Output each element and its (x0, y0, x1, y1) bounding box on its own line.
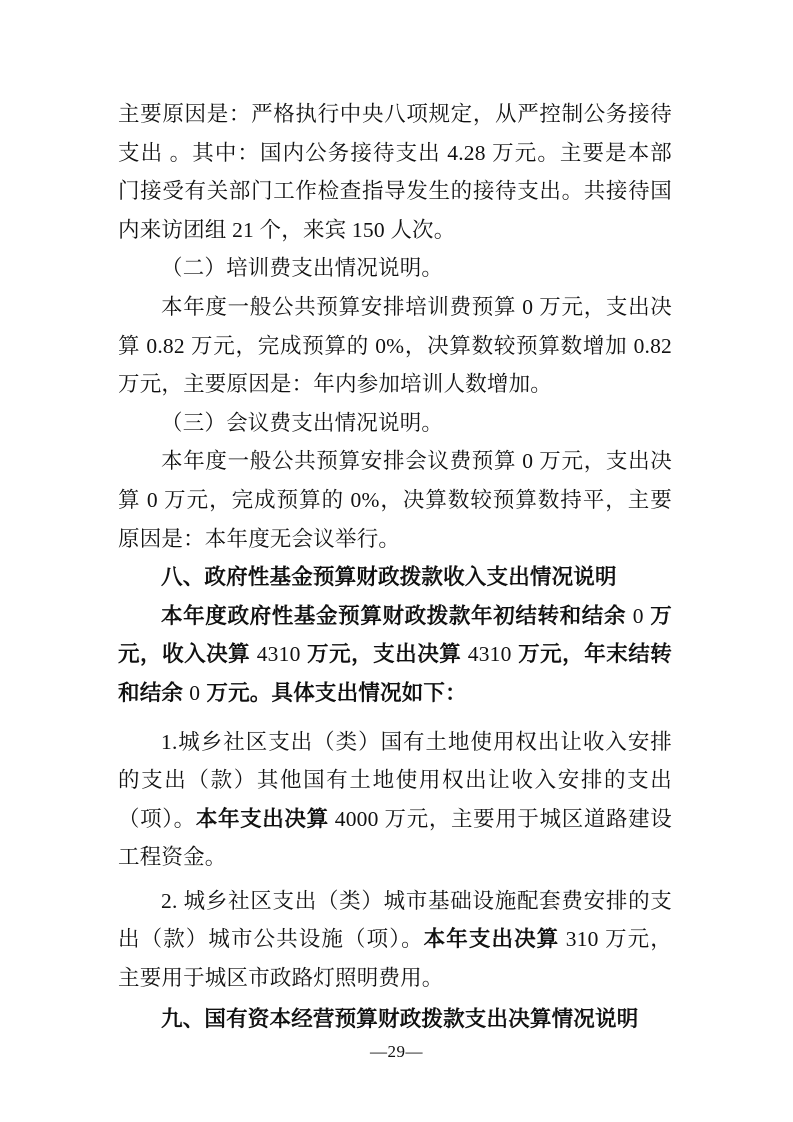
number-run: 4310 (468, 642, 512, 666)
text-run: （二）培训费支出情况说明。 (161, 256, 443, 280)
text-run: 主要原因是：严格执行中央八项规定，从严控制公务接待支出 。其中：国内公务接待支出… (118, 102, 672, 242)
text-run: 九、国有资本经营预算财政拨款支出决算情况说明 (161, 1007, 638, 1031)
paragraph-heading-training-fee: （二）培训费支出情况说明。 (118, 249, 672, 288)
section8-heading: 八、政府性基金预算财政拨款收入支出情况说明 (118, 558, 672, 597)
text-run: 本年度一般公共预算安排会议费预算 0 万元，支出决算 0 万元，完成预算的 0%… (118, 449, 672, 550)
number-run: 4310 (257, 642, 301, 666)
section8-item2: 2. 城乡社区支出（类）城市基础设施配套费安排的支出（款）城市公共设施（项）。本… (118, 882, 672, 998)
page-number: —29— (0, 1042, 793, 1062)
bold-text-run: 本年支出决算 (196, 807, 329, 831)
paragraph-training-fee-detail: 本年度一般公共预算安排培训费预算 0 万元，支出决算 0.82 万元，完成预算的… (118, 288, 672, 404)
paragraph-reception-reason: 主要原因是：严格执行中央八项规定，从严控制公务接待支出 。其中：国内公务接待支出… (118, 95, 672, 249)
paragraph-heading-meeting-fee: （三）会议费支出情况说明。 (118, 404, 672, 443)
document-page: 主要原因是：严格执行中央八项规定，从严控制公务接待支出 。其中：国内公务接待支出… (0, 0, 793, 1122)
text-run: 本年度政府性基金预算财政拨款年初结转和结余 (161, 604, 633, 628)
document-body: 主要原因是：严格执行中央八项规定，从严控制公务接待支出 。其中：国内公务接待支出… (118, 95, 672, 1038)
section8-summary: 本年度政府性基金预算财政拨款年初结转和结余 0 万元，收入决算 4310 万元，… (118, 597, 672, 713)
section8-item1: 1.城乡社区支出（类）国有土地使用权出让收入安排的支出（款）其他国有土地使用权出… (118, 723, 672, 877)
text-run: 万元，支出决算 (301, 642, 468, 666)
text-run: 本年度一般公共预算安排培训费预算 0 万元，支出决算 0.82 万元，完成预算的… (118, 295, 672, 396)
bold-text-run: 本年支出决算 (424, 927, 560, 951)
text-run: （三）会议费支出情况说明。 (161, 411, 443, 435)
section9-heading: 九、国有资本经营预算财政拨款支出决算情况说明 (118, 1000, 672, 1039)
number-run: 0 (633, 604, 644, 628)
paragraph-meeting-fee-detail: 本年度一般公共预算安排会议费预算 0 万元，支出决算 0 万元，完成预算的 0%… (118, 442, 672, 558)
text-run: 八、政府性基金预算财政拨款收入支出情况说明 (161, 565, 617, 589)
number-run: 0 (189, 681, 200, 705)
text-run: 万元。具体支出情况如下： (200, 681, 467, 705)
